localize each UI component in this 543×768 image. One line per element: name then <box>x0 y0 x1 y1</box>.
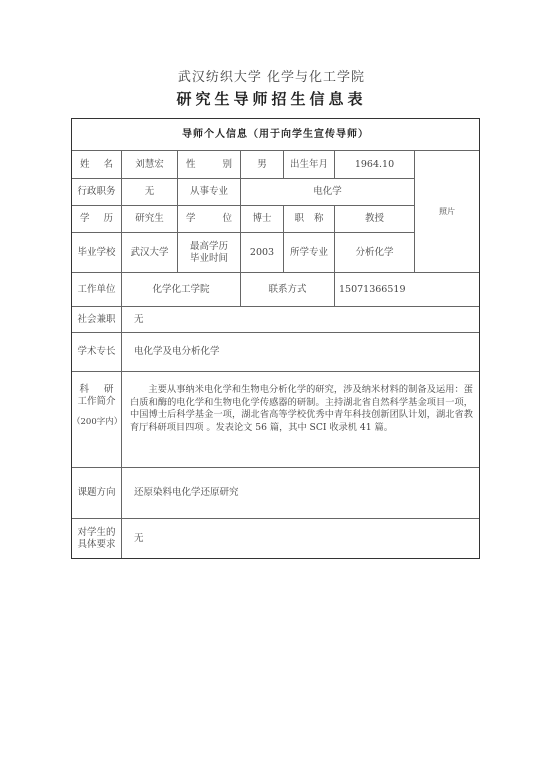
research-label-a: 科 <box>80 384 90 396</box>
unit-value: 化学化工学院 <box>122 273 241 307</box>
name-label-a: 姓 <box>80 159 90 171</box>
research-label-b: 研 <box>104 384 114 396</box>
grad-time-label-2: 毕业时间 <box>190 253 228 265</box>
grad-time-value: 2003 <box>241 233 284 273</box>
birth-value: 1964.10 <box>335 151 415 179</box>
rank-value: 教授 <box>335 206 415 233</box>
gender-label-a: 性 <box>186 159 196 171</box>
info-table: 导师个人信息（用于向学生宣传导师） 姓名 刘慧宏 性别 男 出生年月 1964.… <box>71 118 480 559</box>
admin-value: 无 <box>122 179 178 206</box>
topic-value: 还原染料电化学还原研究 <box>122 468 479 519</box>
education-value: 研究生 <box>122 206 178 233</box>
requirements-value: 无 <box>122 519 479 558</box>
social-role-label: 社会兼职 <box>72 307 122 333</box>
requirements-label: 对学生的具体要求 <box>72 519 122 558</box>
degree-value: 博士 <box>241 206 284 233</box>
name-label: 姓名 <box>72 151 122 179</box>
research-label-line2: 工作简介 <box>77 396 115 408</box>
contact-value: 15071366519 <box>335 273 479 307</box>
education-label: 学历 <box>72 206 122 233</box>
degree-label-a: 学 <box>186 213 196 225</box>
name-value: 刘慧宏 <box>122 151 178 179</box>
field-value: 电化学 <box>241 179 415 206</box>
expertise-value: 电化学及电分析化学 <box>122 333 479 372</box>
field-label: 从事专业 <box>178 179 241 206</box>
contact-label: 联系方式 <box>241 273 335 307</box>
school-subtitle: 武汉纺织大学 化学与化工学院 <box>0 66 543 85</box>
unit-label: 工作单位 <box>72 273 122 307</box>
topic-label: 课题方向 <box>72 468 122 519</box>
section-title: 导师个人信息（用于向学生宣传导师） <box>72 119 479 151</box>
expertise-label: 学术专长 <box>72 333 122 372</box>
requirements-label-1: 对学生的 <box>77 527 115 539</box>
major-value: 分析化学 <box>335 233 415 273</box>
research-summary-text: 主要从事纳米电化学和生物电分析化学的研究，涉及纳米材料的制备及运用：蛋白质和酶的… <box>130 384 473 434</box>
education-label-b: 历 <box>103 213 113 225</box>
research-summary: 主要从事纳米电化学和生物电分析化学的研究，涉及纳米材料的制备及运用：蛋白质和酶的… <box>122 372 479 468</box>
rank-label: 职称 <box>284 206 335 233</box>
grad-time-label-1: 最高学历 <box>190 241 228 253</box>
gender-label: 性别 <box>178 151 241 179</box>
research-label-note: （200字内） <box>72 416 121 428</box>
school-label: 毕业学校 <box>72 233 122 273</box>
degree-label-b: 位 <box>222 213 232 225</box>
name-label-b: 名 <box>103 159 113 171</box>
gender-value: 男 <box>241 151 284 179</box>
school-value: 武汉大学 <box>122 233 178 273</box>
major-label: 所学专业 <box>284 233 335 273</box>
admin-label: 行政职务 <box>72 179 122 206</box>
education-label-a: 学 <box>80 213 90 225</box>
research-label-line1: 科研 <box>80 384 114 396</box>
requirements-label-2: 具体要求 <box>77 539 115 551</box>
rank-label-b: 称 <box>314 213 324 225</box>
degree-label: 学位 <box>178 206 241 233</box>
gender-label-b: 别 <box>222 159 232 171</box>
rank-label-a: 职 <box>294 213 304 225</box>
grad-time-label: 最高学历毕业时间 <box>178 233 241 273</box>
social-role-value: 无 <box>122 307 479 333</box>
photo-placeholder: 照片 <box>415 151 479 273</box>
form-title: 研究生导师招生信息表 <box>0 88 543 109</box>
birth-label: 出生年月 <box>284 151 335 179</box>
research-label: 科研 工作简介 （200字内） <box>72 372 122 468</box>
